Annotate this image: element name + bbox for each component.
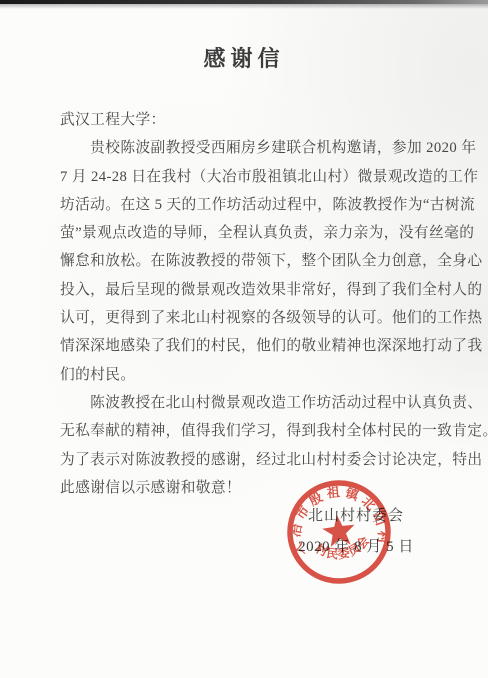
letter-line: 无私奉献的精神，值得我们学习，得到我村全体村民的一致肯定。 <box>60 417 460 445</box>
letter-line: 坊活动。在这 5 天的工作坊活动过程中，陈波教授作为“古树流 <box>60 191 460 219</box>
scan-edge-shadow <box>0 4 488 9</box>
letter-line: 此感谢信以示感谢和敬意！ <box>60 474 460 502</box>
letter-line: 陈波教授在北山村微景观改造工作坊活动过程中认真负责、 <box>60 389 460 417</box>
letter-line: 们的村民。 <box>60 361 460 389</box>
letter-line: 7 月 24-28 日在我村（大冶市殷祖镇北山村）微景观改造的工作 <box>60 163 460 191</box>
letter-line: 武汉工程大学： <box>60 106 460 134</box>
letter-line: 萤”景观点改造的导师，全程认真负责，亲力亲为，没有丝毫的 <box>60 219 460 247</box>
letter-line: 投入，最后呈现的微景观改造效果非常好，得到了我们全村人的 <box>60 276 460 304</box>
letter-body: 武汉工程大学： 贵校陈波副教授受西厢房乡建联合机构邀请，参加 2020 年7 月… <box>60 106 460 502</box>
letter-line: 懈怠和放松。在陈波教授的带领下，整个团队全力创意，全身心 <box>60 247 460 275</box>
letter-line: 情深深地感染了我们的村民，他们的敬业精神也深深地打动了我 <box>60 332 460 360</box>
letter-line: 认可，更得到了来北山村视察的各级领导的认可。他们的工作热 <box>60 304 460 332</box>
official-stamp-seal: 大冶市殷祖镇北山村 村民委员会 <box>277 470 402 595</box>
scanned-letter-page: 感谢信 武汉工程大学： 贵校陈波副教授受西厢房乡建联合机构邀请，参加 2020 … <box>0 0 488 678</box>
letter-line: 贵校陈波副教授受西厢房乡建联合机构邀请，参加 2020 年 <box>60 134 460 162</box>
letter-line: 为了表示对陈波教授的感谢，经过北山村村委会讨论决定，特出 <box>60 446 460 474</box>
stamp-star-icon <box>321 513 357 548</box>
letter-title: 感谢信 <box>0 42 488 73</box>
